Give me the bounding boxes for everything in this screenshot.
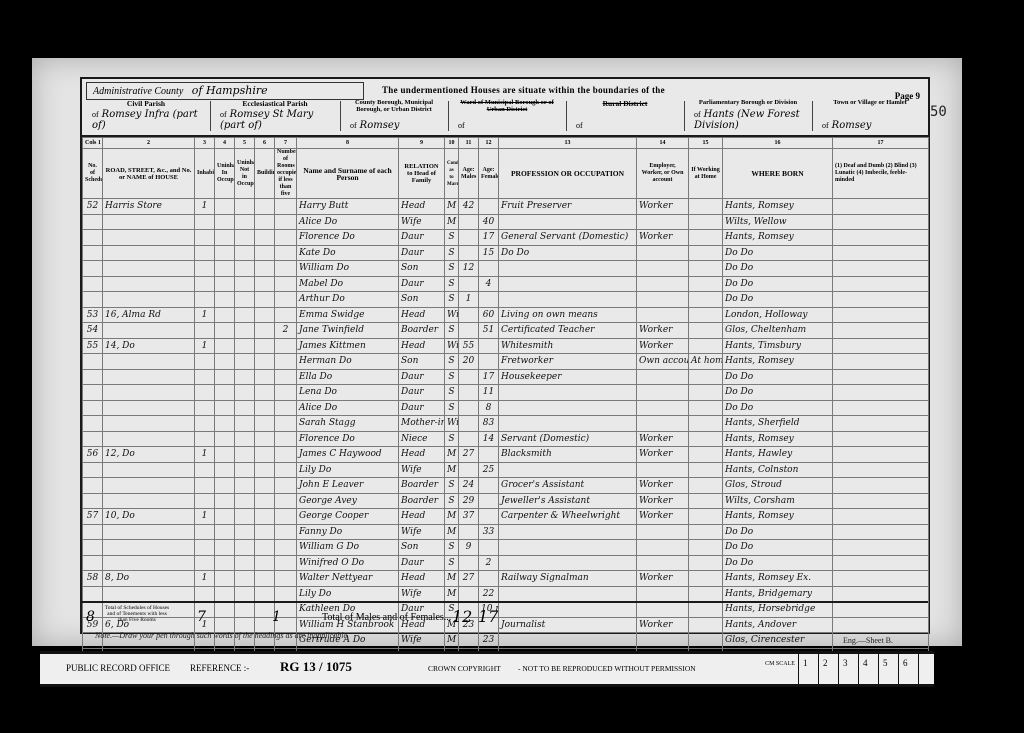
age-male: 42 [459,199,479,215]
table-row: Florence DoNieceS14Servant (Domestic)Wor… [83,431,929,447]
uninhabited-occupied [215,571,235,587]
address [103,292,195,308]
age-female [479,447,499,463]
marital-condition: S [445,540,459,556]
schedule-number: 54 [83,323,103,339]
heading-where-born: WHERE BORN [723,149,833,199]
rooms [275,292,297,308]
building [255,586,275,602]
table-row: 5612, Do1James C HaywoodHeadM27Blacksmit… [83,447,929,463]
ecclesiastical-parish-label: Ecclesiastical Parish [214,99,336,108]
relation: Boarder [399,323,445,339]
uninhabited-unoccupied [235,261,255,277]
relation: Daur [399,369,445,385]
schedule-number [83,540,103,556]
administrative-county: Administrative County of Hampshire [86,82,364,100]
col-num: 5 [235,138,255,149]
employment-status [637,462,689,478]
reference-number: RG 13 / 1075 [280,659,352,675]
building [255,385,275,401]
employment-status [637,261,689,277]
ward-label: Ward of Municipal Borough or of Urban Di… [452,99,562,113]
infirmity [833,385,929,401]
civil-parish-label: Civil Parish [86,99,206,108]
table-row: Lena DoDaurS11Do Do [83,385,929,401]
marital-condition: S [445,369,459,385]
infirmity [833,571,929,587]
heading-building: Building [255,149,275,199]
infirmity [833,369,929,385]
col-num: 12 [479,138,499,149]
person-name: Alice Do [297,400,399,416]
working-at-home [689,338,723,354]
working-at-home [689,478,723,494]
age-male [459,307,479,323]
age-male: 12 [459,261,479,277]
employment-status: Worker [637,230,689,246]
where-born: Glos, Cirencester [723,633,833,649]
uninhabited-occupied [215,509,235,525]
relation: Head [399,199,445,215]
marital-condition: S [445,323,459,339]
employment-status [637,307,689,323]
inhabited [195,586,215,602]
where-born: Do Do [723,276,833,292]
age-female: 8 [479,400,499,416]
col-num: 17 [833,138,929,149]
inhabited: 1 [195,571,215,587]
uninhabited-occupied [215,307,235,323]
address [103,261,195,277]
reference-label: REFERENCE :- [190,663,249,673]
census-table: Cols 1 2 3 4 5 6 7 8 9 10 11 12 13 14 15… [82,137,929,680]
where-born: Do Do [723,245,833,261]
uninhabited-unoccupied [235,338,255,354]
building [255,400,275,416]
building [255,354,275,370]
uninhabited-occupied [215,400,235,416]
person-name: Florence Do [297,230,399,246]
office-label: PUBLIC RECORD OFFICE [66,663,170,673]
age-male: 55 [459,338,479,354]
table-row: Mabel DoDaurS4Do Do [83,276,929,292]
employment-status: Worker [637,509,689,525]
marital-condition: M [445,462,459,478]
age-female [479,478,499,494]
relation: Wife [399,586,445,602]
occupation [499,214,637,230]
relation: Son [399,354,445,370]
infirmity [833,245,929,261]
scale-mark: 5 [878,654,898,684]
rural-district-label: Rural District [570,99,680,108]
uninhabited-unoccupied [235,540,255,556]
municipal-borough-value: Romsey [360,120,400,131]
eng-sheet-label: Eng.—Sheet B. [843,636,893,645]
employment-status [637,214,689,230]
uninhabited-occupied [215,478,235,494]
where-born: Wilts, Wellow [723,214,833,230]
building [255,199,275,215]
address [103,416,195,432]
infirmity [833,338,929,354]
uninhabited-unoccupied [235,400,255,416]
uninhabited-occupied [215,586,235,602]
working-at-home [689,276,723,292]
working-at-home [689,633,723,649]
divider [448,101,449,131]
totals-row: 8 Total of Schedules of Houses and of Te… [82,601,928,633]
working-at-home [689,245,723,261]
uninhabited-occupied [215,261,235,277]
marital-condition: S [445,276,459,292]
rooms [275,462,297,478]
working-at-home [689,307,723,323]
age-male [459,633,479,649]
schedule-number [83,369,103,385]
age-male [459,416,479,432]
age-male: 27 [459,571,479,587]
divider [340,101,341,131]
uninhabited-unoccupied [235,369,255,385]
working-at-home [689,586,723,602]
where-born: Hants, Sherfield [723,416,833,432]
occupation [499,416,637,432]
schedule-number [83,214,103,230]
table-row: Arthur DoSonS1Do Do [83,292,929,308]
uninhabited-occupied [215,292,235,308]
marital-condition: S [445,354,459,370]
table-row: Florence DoDaurS17General Servant (Domes… [83,230,929,246]
permission-label: - NOT TO BE REPRODUCED WITHOUT PERMISSIO… [518,664,696,673]
inhabited: 1 [195,199,215,215]
employment-status: Worker [637,431,689,447]
uninhabited-occupied [215,431,235,447]
schedule-number [83,385,103,401]
schedule-number [83,586,103,602]
col-num: Cols 1 [83,138,103,149]
age-female: 51 [479,323,499,339]
schedule-number: 53 [83,307,103,323]
address [103,400,195,416]
building [255,416,275,432]
table-row: Ella DoDaurS17HousekeeperDo Do [83,369,929,385]
where-born: Hants, Romsey [723,199,833,215]
age-male [459,431,479,447]
age-female: 40 [479,214,499,230]
relation: Daur [399,385,445,401]
table-row: William G DoSonS9Do Do [83,540,929,556]
rooms [275,416,297,432]
inhabited: 1 [195,447,215,463]
uninhabited-unoccupied [235,571,255,587]
table-row: Winifred O DoDaurS2Do Do [83,555,929,571]
inhabited [195,230,215,246]
rooms [275,555,297,571]
col-num: 7 [275,138,297,149]
uninhabited-unoccupied [235,447,255,463]
uninhabited-unoccupied [235,431,255,447]
infirmity [833,478,929,494]
age-male [459,276,479,292]
heading-condition: Condition as to Marriage [445,149,459,199]
person-name: Herman Do [297,354,399,370]
marital-condition: M [445,586,459,602]
age-female: 17 [479,369,499,385]
address [103,369,195,385]
parliamentary-borough-value: Hants (New Forest Division) [694,109,800,131]
infirmity [833,276,929,292]
where-born: Do Do [723,385,833,401]
uninhabited-occupied [215,338,235,354]
relation: Daur [399,400,445,416]
heading-uninhabited-occupied: Uninhabited: In Occupation [215,149,235,199]
inhabited [195,354,215,370]
occupation: Servant (Domestic) [499,431,637,447]
employment-status [637,385,689,401]
age-male [459,555,479,571]
infirmity [833,586,929,602]
occupation [499,400,637,416]
civil-parish-value: Romsey Infra (part of) [92,109,198,131]
heading-rooms: Number of Rooms occupied if less than fi… [275,149,297,199]
person-name: Sarah Stagg [297,416,399,432]
person-name: Lena Do [297,385,399,401]
employment-status: Own account [637,354,689,370]
person-name: Walter Nettyear [297,571,399,587]
relation: Wife [399,524,445,540]
age-female: 83 [479,416,499,432]
heading-inhabited: Inhabited [195,149,215,199]
infirmity [833,509,929,525]
rooms [275,276,297,292]
inhabited [195,245,215,261]
rooms [275,214,297,230]
address [103,276,195,292]
occupation [499,292,637,308]
uninhabited-occupied [215,276,235,292]
rooms: 2 [275,323,297,339]
col-num: 8 [297,138,399,149]
working-at-home [689,400,723,416]
age-male: 37 [459,509,479,525]
parliamentary-borough-label: Parliamentary Borough or Division [688,99,808,106]
uninhabited-unoccupied [235,245,255,261]
schedule-number [83,261,103,277]
person-name: Florence Do [297,431,399,447]
ecclesiastical-parish-value: Romsey St Mary (part of) [220,109,313,131]
inhabited [195,431,215,447]
age-male: 24 [459,478,479,494]
working-at-home [689,447,723,463]
inhabited [195,292,215,308]
divider [210,101,211,131]
schedule-number: 56 [83,447,103,463]
col-num: 9 [399,138,445,149]
occupation: Fruit Preserver [499,199,637,215]
address: Harris Store [103,199,195,215]
person-name: William Do [297,261,399,277]
working-at-home [689,323,723,339]
person-name: Ella Do [297,369,399,385]
age-male [459,214,479,230]
scale-mark: 2 [818,654,838,684]
occupation: Certificated Teacher [499,323,637,339]
working-at-home [689,493,723,509]
relation: Boarder [399,493,445,509]
total-schedules: 8 [86,609,95,625]
col-num: 15 [689,138,723,149]
town-value: Romsey [832,120,872,131]
marital-condition: S [445,400,459,416]
inhabited [195,276,215,292]
where-born: Glos, Stroud [723,478,833,494]
where-born: Do Do [723,292,833,308]
person-name: Fanny Do [297,524,399,540]
person-name: John E Leaver [297,478,399,494]
person-name: Mabel Do [297,276,399,292]
person-name: William G Do [297,540,399,556]
uninhabited-unoccupied [235,307,255,323]
person-name: James C Haywood [297,447,399,463]
table-row: Lily DoWifeM22Hants, Bridgemary [83,586,929,602]
infirmity [833,261,929,277]
uninhabited-unoccupied [235,493,255,509]
infirmity [833,323,929,339]
employment-status [637,555,689,571]
working-at-home [689,462,723,478]
occupation: Fretworker [499,354,637,370]
table-row: 5316, Alma Rd1Emma SwidgeHeadWid60Living… [83,307,929,323]
person-name: Lily Do [297,462,399,478]
marital-condition: M [445,509,459,525]
age-male: 27 [459,447,479,463]
col-num: 3 [195,138,215,149]
archive-footer: PUBLIC RECORD OFFICE REFERENCE :- RG 13 … [40,651,934,687]
uninhabited-occupied [215,447,235,463]
cm-scale: CM SCALE 1 2 3 4 5 6 [762,654,968,684]
admin-county-label: Administrative County [93,86,183,97]
employment-status: Worker [637,571,689,587]
scale-label: CM SCALE [762,654,798,684]
infirmity [833,555,929,571]
table-row: 5710, Do1George CooperHeadM37Carpenter &… [83,509,929,525]
uninhabited-unoccupied [235,555,255,571]
town-label: Town or Village or Hamlet [816,99,924,106]
where-born: Wilts, Corsham [723,493,833,509]
relation: Head [399,447,445,463]
heading-working-at-home: If Working at Home [689,149,723,199]
occupation: Jeweller's Assistant [499,493,637,509]
marital-condition: Wid [445,307,459,323]
uninhabited-unoccupied [235,462,255,478]
schedule-number [83,230,103,246]
age-female [479,354,499,370]
folio-number: 50 [930,104,947,120]
inhabited [195,524,215,540]
schedule-number [83,416,103,432]
col-num: 14 [637,138,689,149]
person-name: James Kittmen [297,338,399,354]
uninhabited-occupied [215,323,235,339]
age-female: 22 [479,586,499,602]
uninhabited-unoccupied [235,385,255,401]
building [255,462,275,478]
occupation [499,524,637,540]
table-row: Sarah StaggMother-in-lawWid83Hants, Sher… [83,416,929,432]
table-row: Kate DoDaurS15Do DoDo Do [83,245,929,261]
rooms [275,509,297,525]
age-female: 4 [479,276,499,292]
infirmity [833,416,929,432]
person-name: Lily Do [297,586,399,602]
marital-condition: Wid [445,416,459,432]
age-male: 1 [459,292,479,308]
building [255,509,275,525]
scale-mark: 3 [838,654,858,684]
building [255,214,275,230]
age-male: 29 [459,493,479,509]
where-born: Hants, Romsey [723,509,833,525]
occupation: General Servant (Domestic) [499,230,637,246]
address [103,385,195,401]
uninhabited-unoccupied [235,292,255,308]
inhabited [195,555,215,571]
age-female: 33 [479,524,499,540]
uninhabited-unoccupied [235,586,255,602]
total-houses-inhabited: 7 [197,609,206,625]
rooms [275,478,297,494]
address [103,524,195,540]
age-male [459,524,479,540]
age-female: 11 [479,385,499,401]
schedule-number [83,245,103,261]
heading-age-males: Age: Males [459,149,479,199]
building [255,276,275,292]
col-num: 6 [255,138,275,149]
infirmity [833,354,929,370]
ecclesiastical-parish: Ecclesiastical Parish ofRomsey St Mary (… [214,99,336,133]
relation: Son [399,261,445,277]
address [103,354,195,370]
age-female: 2 [479,555,499,571]
occupation [499,261,637,277]
occupation: Blacksmith [499,447,637,463]
marital-condition: M [445,633,459,649]
building [255,447,275,463]
heading-infirmity: (1) Deaf and Dumb (2) Blind (3) Lunatic … [833,149,929,199]
age-female [479,199,499,215]
infirmity [833,447,929,463]
where-born: Hants, Timsbury [723,338,833,354]
infirmity [833,400,929,416]
uninhabited-unoccupied [235,230,255,246]
col-num: 2 [103,138,195,149]
age-female [479,338,499,354]
table-row: George AveyBoarderS29Jeweller's Assistan… [83,493,929,509]
inhabited [195,385,215,401]
uninhabited-occupied [215,230,235,246]
infirmity [833,214,929,230]
scale-mark: 6 [898,654,918,684]
rooms [275,431,297,447]
schedule-number [83,493,103,509]
working-at-home [689,369,723,385]
uninhabited-occupied [215,524,235,540]
occupation: Housekeeper [499,369,637,385]
working-at-home [689,431,723,447]
table-row: Alice DoDaurS8Do Do [83,400,929,416]
